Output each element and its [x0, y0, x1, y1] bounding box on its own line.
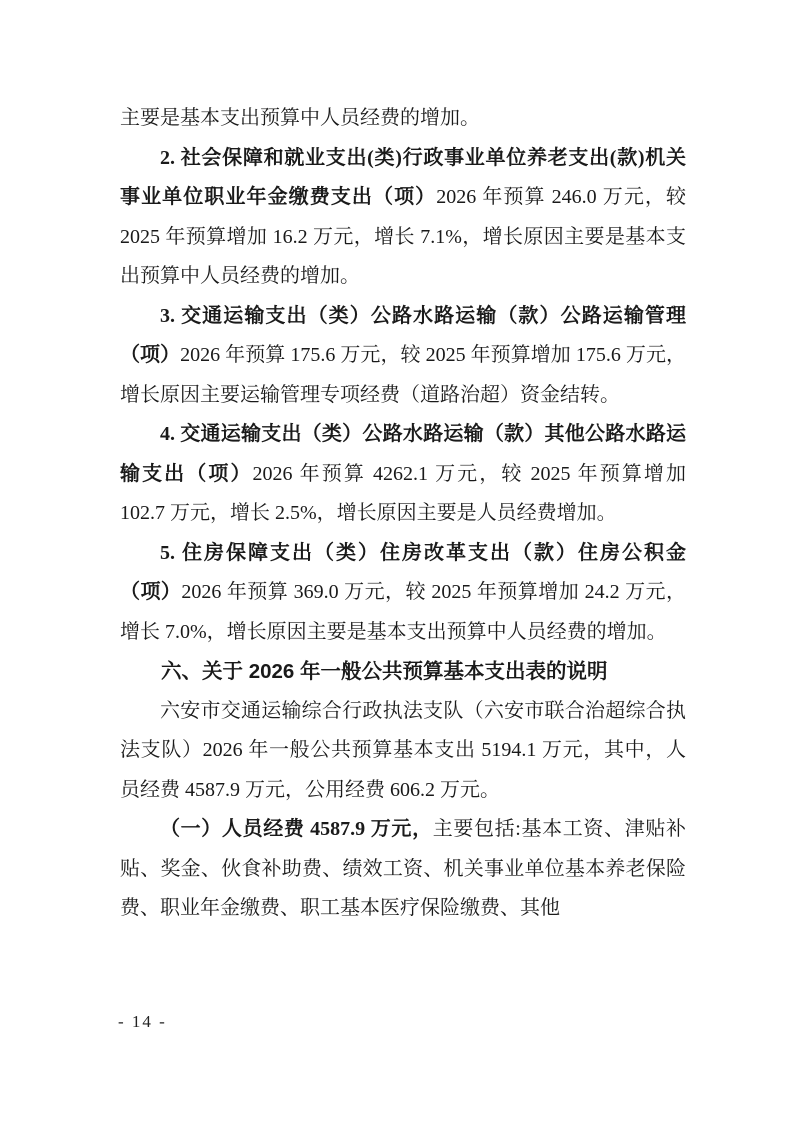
- paragraph-item-2: 2. 社会保障和就业支出(类)行政事业单位养老支出(款)机关事业单位职业年金缴费…: [120, 139, 686, 297]
- item-5-text: 2026 年预算 369.0 万元，较 2025 年预算增加 24.2 万元，增…: [120, 581, 686, 643]
- paragraph-personnel: （一）人员经费 4587.9 万元，主要包括:基本工资、津贴补贴、奖金、伙食补助…: [120, 810, 686, 929]
- paragraph-item-5: 5. 住房保障支出（类）住房改革支出（款）住房公积金（项）2026 年预算 36…: [120, 534, 686, 653]
- personnel-lead: （一）人员经费 4587.9 万元，: [160, 818, 433, 840]
- paragraph-section-intro: 六安市交通运输综合行政执法支队（六安市联合治超综合执法支队）2026 年一般公共…: [120, 692, 686, 811]
- paragraph-item-3: 3. 交通运输支出（类）公路水路运输（款）公路运输管理（项）2026 年预算 1…: [120, 297, 686, 416]
- page-number: - 14 -: [118, 1012, 167, 1032]
- paragraph-continuation: 主要是基本支出预算中人员经费的增加。: [120, 99, 686, 139]
- item-3-text: 2026 年预算 175.6 万元，较 2025 年预算增加 175.6 万元，…: [120, 344, 686, 406]
- section-heading-six: 六、关于 2026 年一般公共预算基本支出表的说明: [120, 652, 686, 692]
- paragraph-item-4: 4. 交通运输支出（类）公路水路运输（款）其他公路水路运输支出（项）2026 年…: [120, 415, 686, 534]
- document-body: 主要是基本支出预算中人员经费的增加。 2. 社会保障和就业支出(类)行政事业单位…: [120, 99, 686, 929]
- document-page: 主要是基本支出预算中人员经费的增加。 2. 社会保障和就业支出(类)行政事业单位…: [0, 0, 793, 1122]
